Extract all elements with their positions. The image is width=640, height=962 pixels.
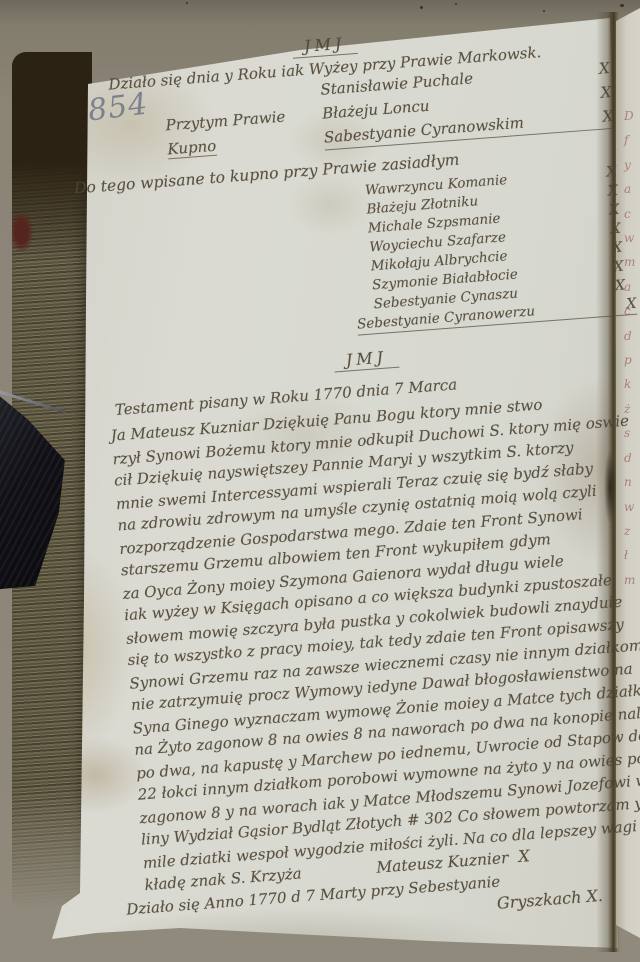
dust-speck [455,3,457,5]
signature-x-mark: X [564,104,614,132]
signature-x-mark: X [561,56,611,84]
signature-x-mark: X [563,80,613,108]
dust-speck [420,6,423,9]
kupno-label: Kupno [167,137,217,160]
handwritten-text-block: JMJ Działo się dnia y Roku iak Wyżey prz… [102,14,640,940]
manuscript-photo: Dfyacwmacdpkżsdnwzłm 854 JMJ Działo się … [0,0,640,962]
fragment-char: w [624,226,640,250]
signature-x-mark: X [609,201,620,221]
dust-speck [186,2,188,4]
fragment-char: a [624,177,640,201]
binding-maroon-patch [8,202,42,262]
fragment-char: f [624,128,640,152]
signature-x-mark: X [518,845,531,868]
signature-x-mark: X [626,295,637,315]
testament-body: Ja Mateusz Kuzniar Dziękuię Panu Bogu kt… [110,386,640,874]
signature-x-mark: X [614,276,625,296]
dust-speck [620,4,624,7]
signature-x-mark: X [613,258,624,278]
signature-x-mark: X. [586,886,604,906]
signature-x-mark: X [607,182,618,202]
signature-x-mark: X [606,163,617,183]
signature-x-mark: X [612,239,623,259]
signature-x-mark: X [610,220,621,240]
fragment-char: y [624,153,640,177]
dust-speck [543,10,545,12]
fragment-char: D [624,104,640,128]
invocation-heading: JMJ [291,33,358,59]
fragment-char: m [624,250,640,274]
closing-witness-name: Gryszkach [496,887,582,912]
witness-list: Wawrzyncu Komanie X Błażeju Złotniku X M… [113,163,628,353]
invocation-heading: JMJ [333,347,400,373]
fragment-char: c [624,202,640,226]
